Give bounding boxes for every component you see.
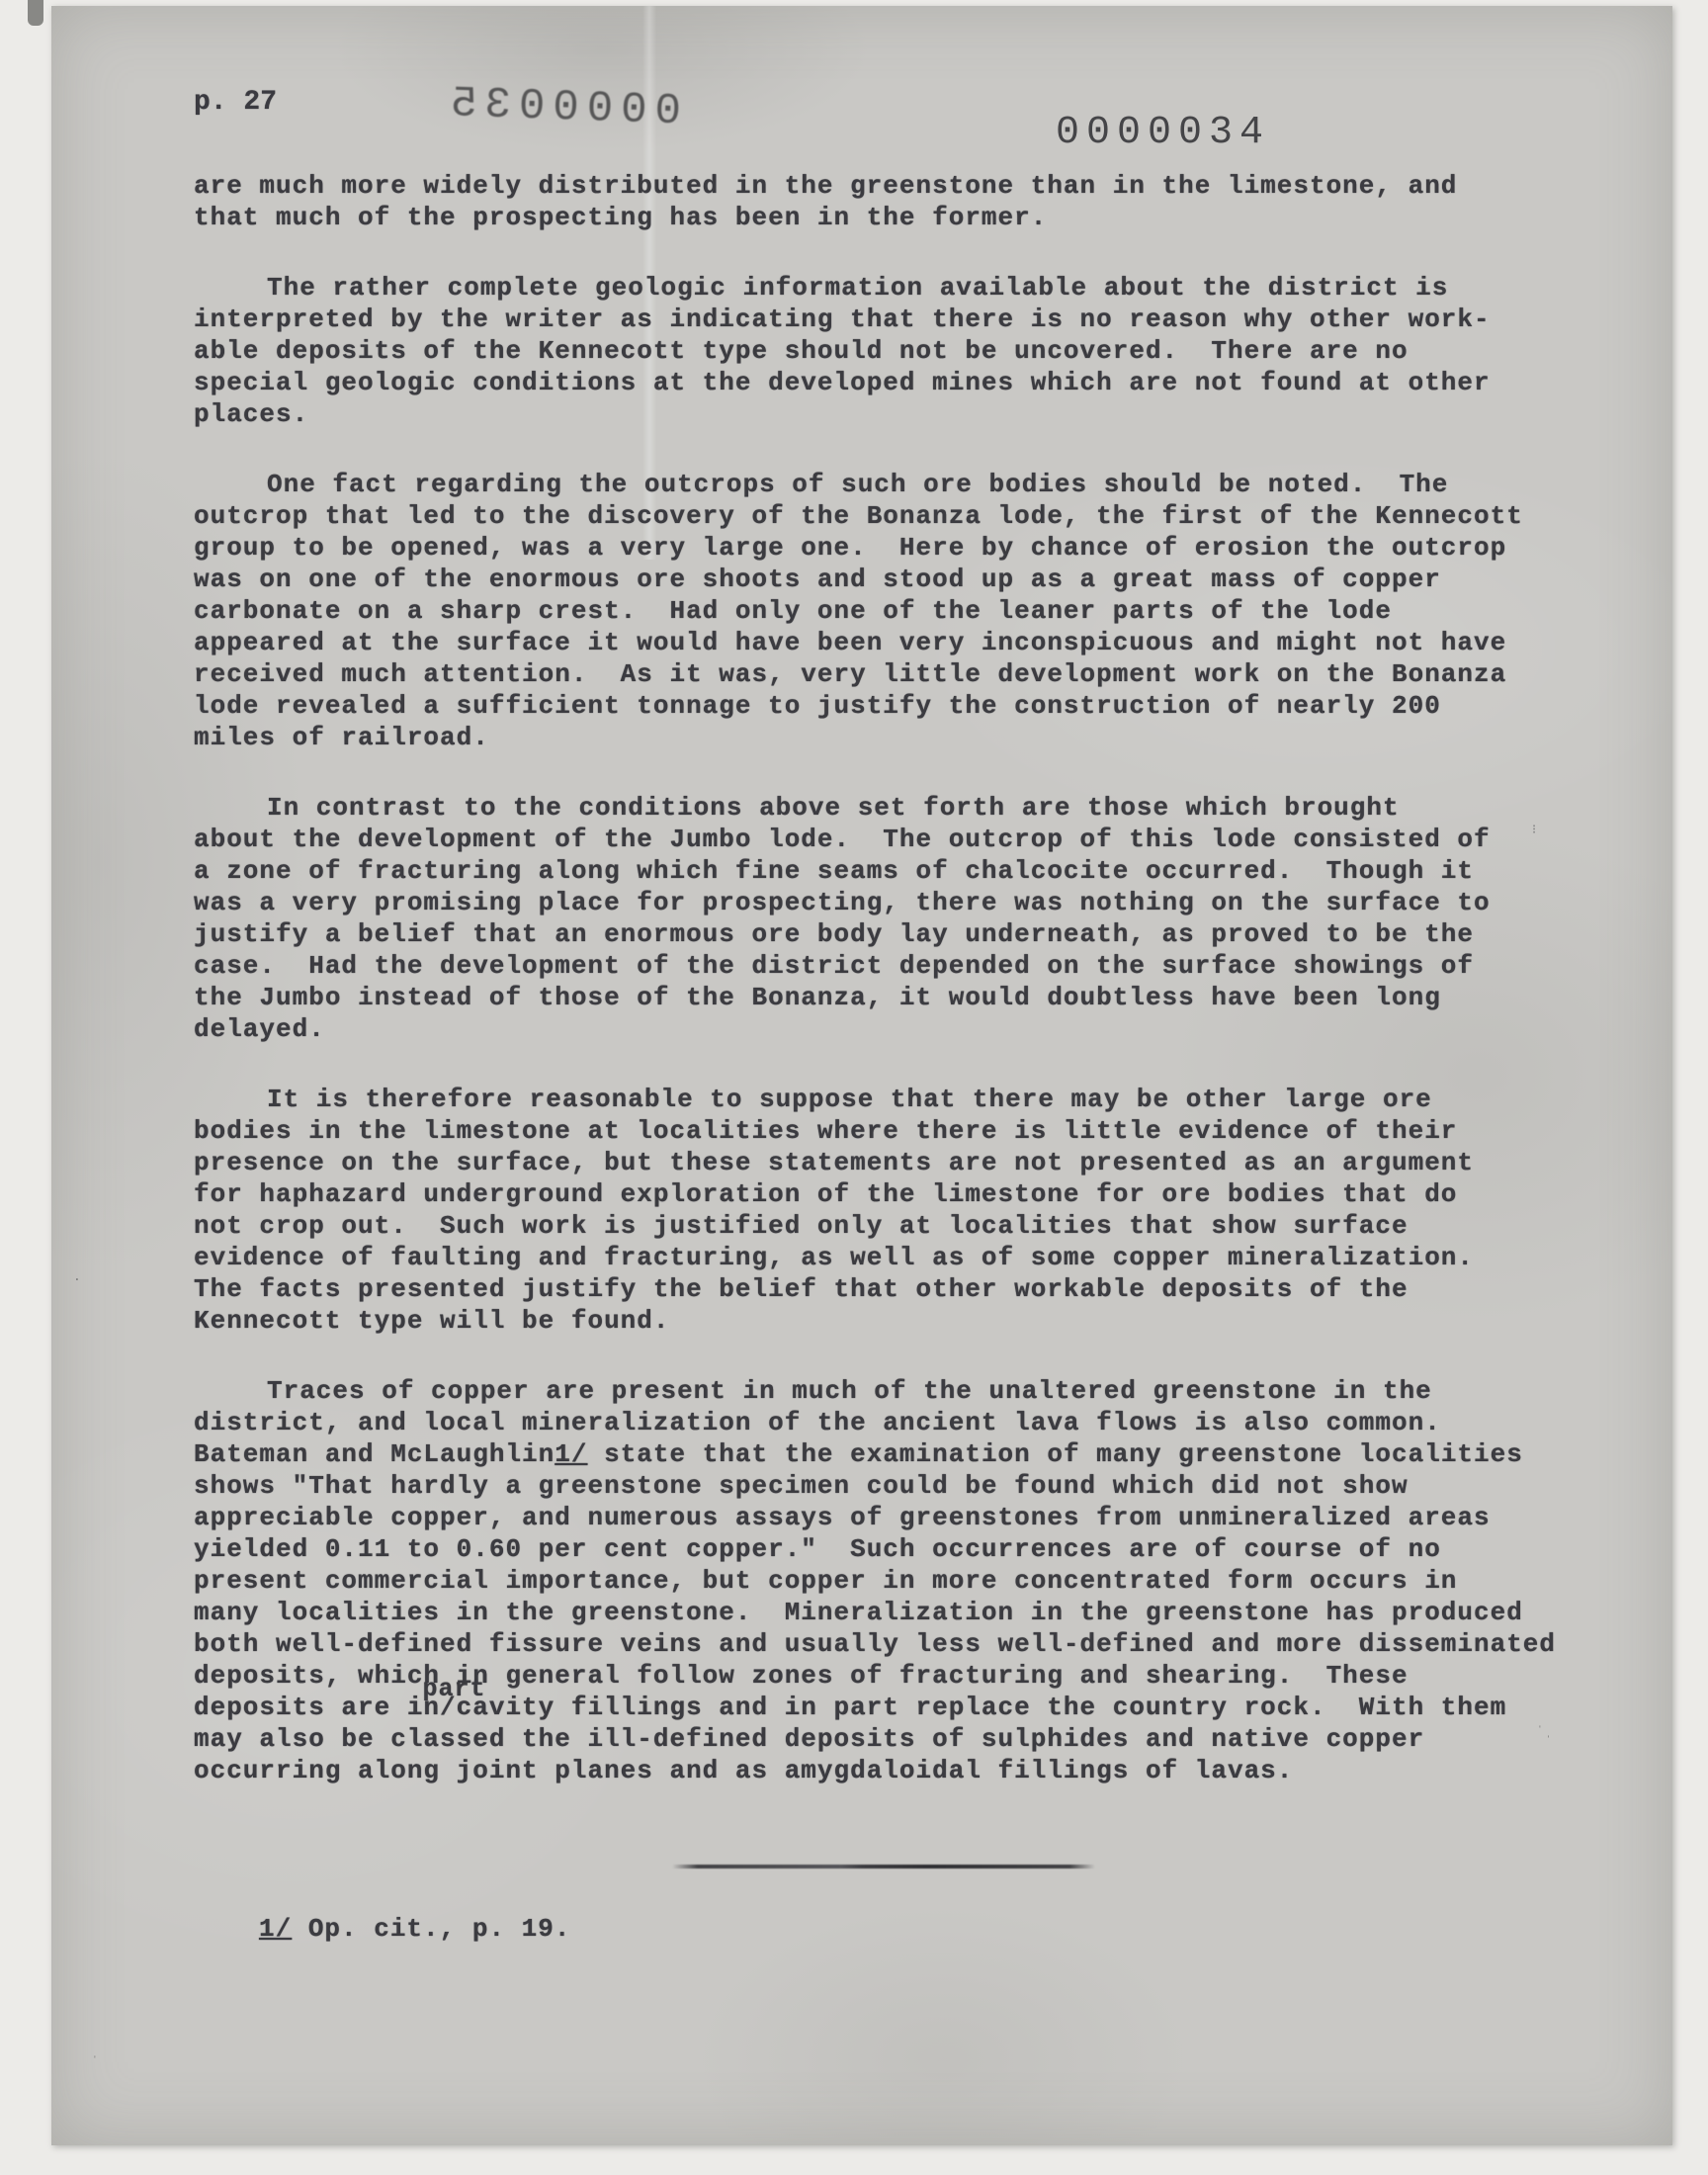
text-line: bodies in the limestone at localities wh… (194, 1115, 1627, 1147)
text-line: lode revealed a sufficient tonnage to ju… (194, 690, 1627, 722)
text-line: evidence of faulting and fracturing, as … (194, 1242, 1627, 1273)
text-line: shows "That hardly a greenstone specimen… (194, 1470, 1627, 1502)
serial-number-stamp: 0000034 (1056, 111, 1270, 155)
text-line: yielded 0.11 to 0.60 per cent copper." S… (194, 1533, 1627, 1565)
speckle: . (73, 1269, 82, 1284)
footnote-text: Op. cit., p. 19. (292, 1914, 570, 1944)
text-line: interpreted by the writer as indicating … (194, 304, 1627, 335)
scanned-page: ⁝ ˈˌ . ˌ p. 27 0000035 0000034 are much … (0, 0, 1708, 2175)
text-line: The facts presented justify the belief t… (194, 1273, 1627, 1305)
text-line: Kennecott type will be found. (194, 1305, 1627, 1337)
footnote-separator-rule (672, 1865, 1095, 1869)
text-line: a zone of fracturing along which fine se… (194, 855, 1627, 887)
text-line: district, and local mineralization of th… (194, 1407, 1627, 1438)
text-line: the Jumbo instead of those of the Bonanz… (194, 982, 1627, 1013)
text-line: about the development of the Jumbo lode.… (194, 824, 1627, 855)
text-line: The rather complete geologic information… (194, 272, 1627, 304)
footnote-reference: 1/ (555, 1439, 587, 1469)
text-line: deposits are in/cavity fillings and in p… (194, 1692, 1627, 1723)
text-line: miles of railroad. (194, 722, 1627, 753)
bleedthrough-stamp: 0000035 (442, 79, 681, 136)
speckle: ˌ (91, 2044, 100, 2059)
text-line: deposits, which in general follow zones … (194, 1660, 1627, 1692)
text-line: justify a belief that an enormous ore bo… (194, 918, 1627, 950)
paragraph: It is therefore reasonable to suppose th… (194, 1084, 1627, 1337)
paragraph: The rather complete geologic information… (194, 272, 1627, 430)
footnote: 1/ Op. cit., p. 19. (259, 1914, 570, 1944)
paragraph: One fact regarding the outcrops of such … (194, 469, 1627, 753)
page-number-label: p. 27 (194, 87, 277, 118)
footnote-marker: 1/ (259, 1914, 292, 1944)
text-line: occurring along joint planes and as amyg… (194, 1755, 1627, 1786)
text-line: both well-defined fissure veins and usua… (194, 1628, 1627, 1660)
paragraph: In contrast to the conditions above set … (194, 792, 1627, 1045)
text-line: places. (194, 398, 1627, 430)
text-line: Traces of copper are present in much of … (194, 1375, 1627, 1407)
text-line: Bateman and McLaughlin1/ state that the … (194, 1438, 1627, 1470)
text-line: carbonate on a sharp crest. Had only one… (194, 595, 1627, 627)
text-line: outcrop that led to the discovery of the… (194, 500, 1627, 532)
text-line: many localities in the greenstone. Miner… (194, 1597, 1627, 1628)
text-line: are much more widely distributed in the … (194, 170, 1627, 202)
text-line: In contrast to the conditions above set … (194, 792, 1627, 824)
text-line: delayed. (194, 1013, 1627, 1045)
text-line: present commercial importance, but coppe… (194, 1565, 1627, 1597)
paragraph: Traces of copper are present in much of … (194, 1375, 1627, 1786)
text-line: able deposits of the Kennecott type shou… (194, 335, 1627, 367)
text-line: that much of the prospecting has been in… (194, 202, 1627, 233)
text-line: for haphazard underground exploration of… (194, 1178, 1627, 1210)
text-line: special geologic conditions at the devel… (194, 367, 1627, 398)
text-line: was on one of the enormous ore shoots an… (194, 564, 1627, 595)
typed-insertion: part (423, 1674, 486, 1705)
text-line: presence on the surface, but these state… (194, 1147, 1627, 1178)
scan-artifact (28, 0, 43, 26)
text-line: not crop out. Such work is justified onl… (194, 1210, 1627, 1242)
text-line: may also be classed the ill-defined depo… (194, 1723, 1627, 1755)
text-line: was a very promising place for prospecti… (194, 887, 1627, 918)
paragraph: are much more widely distributed in the … (194, 170, 1627, 233)
text-line: received much attention. As it was, very… (194, 658, 1627, 690)
text-line: group to be opened, was a very large one… (194, 532, 1627, 564)
text-line: One fact regarding the outcrops of such … (194, 469, 1627, 500)
text-line: It is therefore reasonable to suppose th… (194, 1084, 1627, 1115)
text-line: appeared at the surface it would have be… (194, 627, 1627, 658)
text-line: appreciable copper, and numerous assays … (194, 1502, 1627, 1533)
text-line: case. Had the development of the distric… (194, 950, 1627, 982)
document-body: are much more widely distributed in the … (194, 170, 1627, 1786)
